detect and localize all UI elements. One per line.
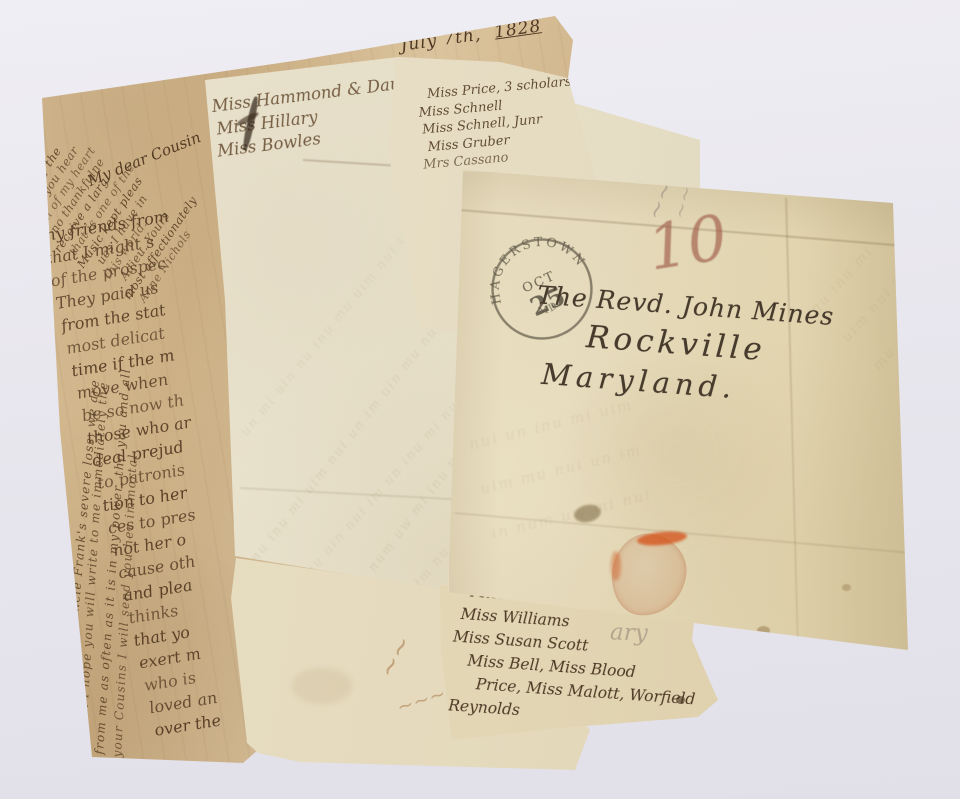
paper-stain [292,668,352,704]
margin-cross-writing: from me as often as it is in my power, t… [92,368,133,755]
pencil-note: ary [610,619,649,646]
text-line: to hear of the [4,0,168,224]
margin-cross-writing: result. I hope you will write to me imme… [74,381,111,751]
text-line: will of my heart [31,6,191,234]
ink-scribble: ~~~ [394,681,449,719]
text-line: num uw in [892,311,960,411]
pupil-name-list: Miss Price, 3 scholarsMiss SchnellMiss S… [416,73,578,174]
wax-seal-remnant [611,551,621,581]
text-line: receive a larg [51,22,215,255]
margin-cross-writing: We had heard of Uncle Frank's severe los… [56,378,102,745]
faint-handwriting: un mi uin nu inu mu uim nui im [238,222,418,440]
address-block: The Revd. John MinesRockvilleMaryland. [494,278,841,413]
faint-handwriting: uin mu nui im [391,0,476,26]
text-line: that is one of the [66,29,226,257]
ink-scribble: ~~ [372,631,419,684]
ink-spot [676,696,685,704]
salutation: My dear Cousin [85,128,203,190]
text-line: and you hear [24,0,180,220]
photo-of-antique-letters: uin mu nui im July 7th, 1828 to hear of … [0,0,960,799]
date-line: July 7th, 1828 [399,16,542,56]
date-text: July 7th, [399,25,482,56]
pupil-name-list: Miss Hammond & Dau.Miss HillaryMiss Bowl… [211,72,413,163]
margin-cross-writing: your Cousins I will send you her immorta… [110,453,140,758]
date-year: 1828 [493,16,543,42]
text-line: no thankfulne [47,14,203,236]
paper-stain [842,584,851,591]
paper-stain [757,626,770,635]
paper-stain [834,163,855,172]
